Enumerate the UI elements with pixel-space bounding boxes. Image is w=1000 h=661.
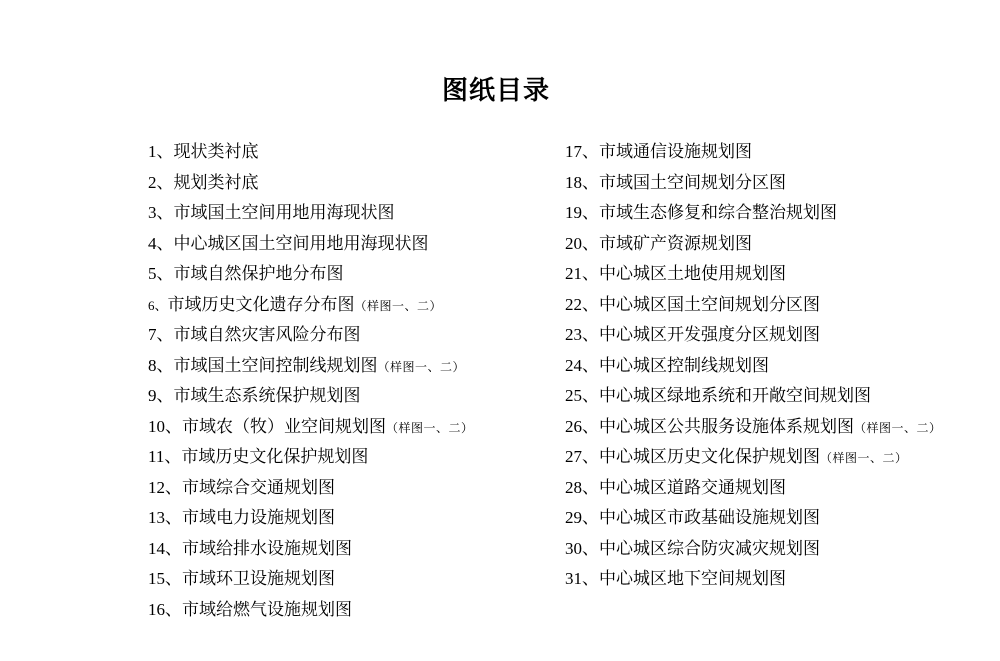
item-number: 14、 (148, 539, 182, 558)
item-title: 市域历史文化遗存分布图 (168, 295, 355, 314)
list-item: 24、中心城区控制线规划图 (565, 351, 942, 382)
item-number: 28、 (565, 478, 599, 497)
item-note: （样图一、二） (378, 360, 466, 374)
item-note: （样图一、二） (355, 299, 443, 313)
item-title: 市域国土空间控制线规划图 (174, 356, 378, 375)
item-number: 5、 (148, 264, 174, 283)
item-title: 中心城区开发强度分区规划图 (599, 325, 820, 344)
list-item: 16、市域给燃气设施规划图 (148, 595, 474, 626)
list-item: 6、市域历史文化遗存分布图（样图一、二） (148, 290, 474, 321)
item-title: 规划类衬底 (174, 173, 259, 192)
item-number: 1、 (148, 142, 174, 161)
item-number: 30、 (565, 539, 599, 558)
page-title: 图纸目录 (0, 70, 992, 107)
list-item: 29、中心城区市政基础设施规划图 (565, 503, 942, 534)
list-item: 7、市域自然灾害风险分布图 (148, 320, 474, 351)
item-title: 市域环卫设施规划图 (182, 569, 335, 588)
list-item: 15、市域环卫设施规划图 (148, 564, 474, 595)
item-title: 中心城区历史文化保护规划图 (599, 447, 820, 466)
item-number: 19、 (565, 203, 599, 222)
item-title: 市域综合交通规划图 (182, 478, 335, 497)
list-item: 4、中心城区国土空间用地用海现状图 (148, 229, 474, 260)
list-item: 20、市域矿产资源规划图 (565, 229, 942, 260)
item-title: 市域矿产资源规划图 (599, 234, 752, 253)
item-number: 31、 (565, 569, 599, 588)
list-item: 14、市域给排水设施规划图 (148, 534, 474, 565)
list-item: 26、中心城区公共服务设施体系规划图（样图一、二） (565, 412, 942, 443)
item-number: 17、 (565, 142, 599, 161)
list-item: 1、现状类衬底 (148, 137, 474, 168)
item-title: 中心城区控制线规划图 (599, 356, 769, 375)
list-item: 18、市域国土空间规划分区图 (565, 168, 942, 199)
item-title: 市域通信设施规划图 (599, 142, 752, 161)
item-number: 25、 (565, 386, 599, 405)
list-item: 11、市域历史文化保护规划图 (148, 442, 474, 473)
list-item: 2、规划类衬底 (148, 168, 474, 199)
list-item: 23、中心城区开发强度分区规划图 (565, 320, 942, 351)
list-item: 25、中心城区绿地系统和开敞空间规划图 (565, 381, 942, 412)
item-number: 18、 (565, 173, 599, 192)
list-item: 5、市域自然保护地分布图 (148, 259, 474, 290)
item-title: 中心城区国土空间用地用海现状图 (174, 234, 429, 253)
list-item: 27、中心城区历史文化保护规划图（样图一、二） (565, 442, 942, 473)
item-number: 2、 (148, 173, 174, 192)
item-title: 市域国土空间用地用海现状图 (174, 203, 395, 222)
item-number: 29、 (565, 508, 599, 527)
item-title: 市域给排水设施规划图 (182, 539, 352, 558)
item-number: 26、 (565, 417, 599, 436)
item-title: 中心城区国土空间规划分区图 (599, 295, 820, 314)
item-title: 中心城区土地使用规划图 (599, 264, 786, 283)
item-number: 15、 (148, 569, 182, 588)
item-title: 市域电力设施规划图 (182, 508, 335, 527)
list-item: 21、中心城区土地使用规划图 (565, 259, 942, 290)
list-item: 17、市域通信设施规划图 (565, 137, 942, 168)
item-number: 12、 (148, 478, 182, 497)
item-title: 中心城区绿地系统和开敞空间规划图 (599, 386, 871, 405)
item-number: 11、 (148, 447, 181, 466)
drawing-list-column-left: 1、现状类衬底2、规划类衬底3、市域国土空间用地用海现状图4、中心城区国土空间用… (148, 137, 474, 625)
item-number: 22、 (565, 295, 599, 314)
item-note: （样图一、二） (386, 421, 474, 435)
list-item: 10、市域农（牧）业空间规划图（样图一、二） (148, 412, 474, 443)
document-page: 图纸目录 1、现状类衬底2、规划类衬底3、市域国土空间用地用海现状图4、中心城区… (0, 0, 1000, 661)
list-item: 19、市域生态修复和综合整治规划图 (565, 198, 942, 229)
item-title: 中心城区公共服务设施体系规划图 (599, 417, 854, 436)
item-title: 中心城区道路交通规划图 (599, 478, 786, 497)
item-title: 现状类衬底 (174, 142, 259, 161)
item-title: 市域历史文化保护规划图 (181, 447, 368, 466)
item-title: 中心城区地下空间规划图 (599, 569, 786, 588)
item-number: 24、 (565, 356, 599, 375)
item-number: 13、 (148, 508, 182, 527)
item-note: （样图一、二） (820, 451, 908, 465)
item-number: 23、 (565, 325, 599, 344)
item-title: 市域国土空间规划分区图 (599, 173, 786, 192)
item-number: 21、 (565, 264, 599, 283)
list-item: 31、中心城区地下空间规划图 (565, 564, 942, 595)
item-number: 3、 (148, 203, 174, 222)
item-number: 9、 (148, 386, 174, 405)
item-number: 10、 (148, 417, 182, 436)
list-item: 22、中心城区国土空间规划分区图 (565, 290, 942, 321)
item-title: 市域农（牧）业空间规划图 (182, 417, 386, 436)
list-item: 9、市域生态系统保护规划图 (148, 381, 474, 412)
item-title: 市域自然灾害风险分布图 (174, 325, 361, 344)
item-number: 27、 (565, 447, 599, 466)
list-item: 13、市域电力设施规划图 (148, 503, 474, 534)
item-number: 4、 (148, 234, 174, 253)
item-number: 8、 (148, 356, 174, 375)
drawing-list-column-right: 17、市域通信设施规划图18、市域国土空间规划分区图19、市域生态修复和综合整治… (565, 137, 942, 595)
item-number: 20、 (565, 234, 599, 253)
item-number: 16、 (148, 600, 182, 619)
list-item: 3、市域国土空间用地用海现状图 (148, 198, 474, 229)
list-item: 12、市域综合交通规划图 (148, 473, 474, 504)
item-title: 市域给燃气设施规划图 (182, 600, 352, 619)
item-title: 市域生态系统保护规划图 (174, 386, 361, 405)
item-note: （样图一、二） (854, 421, 942, 435)
item-number: 6、 (148, 298, 168, 313)
item-title: 市域生态修复和综合整治规划图 (599, 203, 837, 222)
item-title: 中心城区市政基础设施规划图 (599, 508, 820, 527)
item-number: 7、 (148, 325, 174, 344)
list-item: 30、中心城区综合防灾减灾规划图 (565, 534, 942, 565)
list-item: 28、中心城区道路交通规划图 (565, 473, 942, 504)
item-title: 市域自然保护地分布图 (174, 264, 344, 283)
item-title: 中心城区综合防灾减灾规划图 (599, 539, 820, 558)
list-item: 8、市域国土空间控制线规划图（样图一、二） (148, 351, 474, 382)
